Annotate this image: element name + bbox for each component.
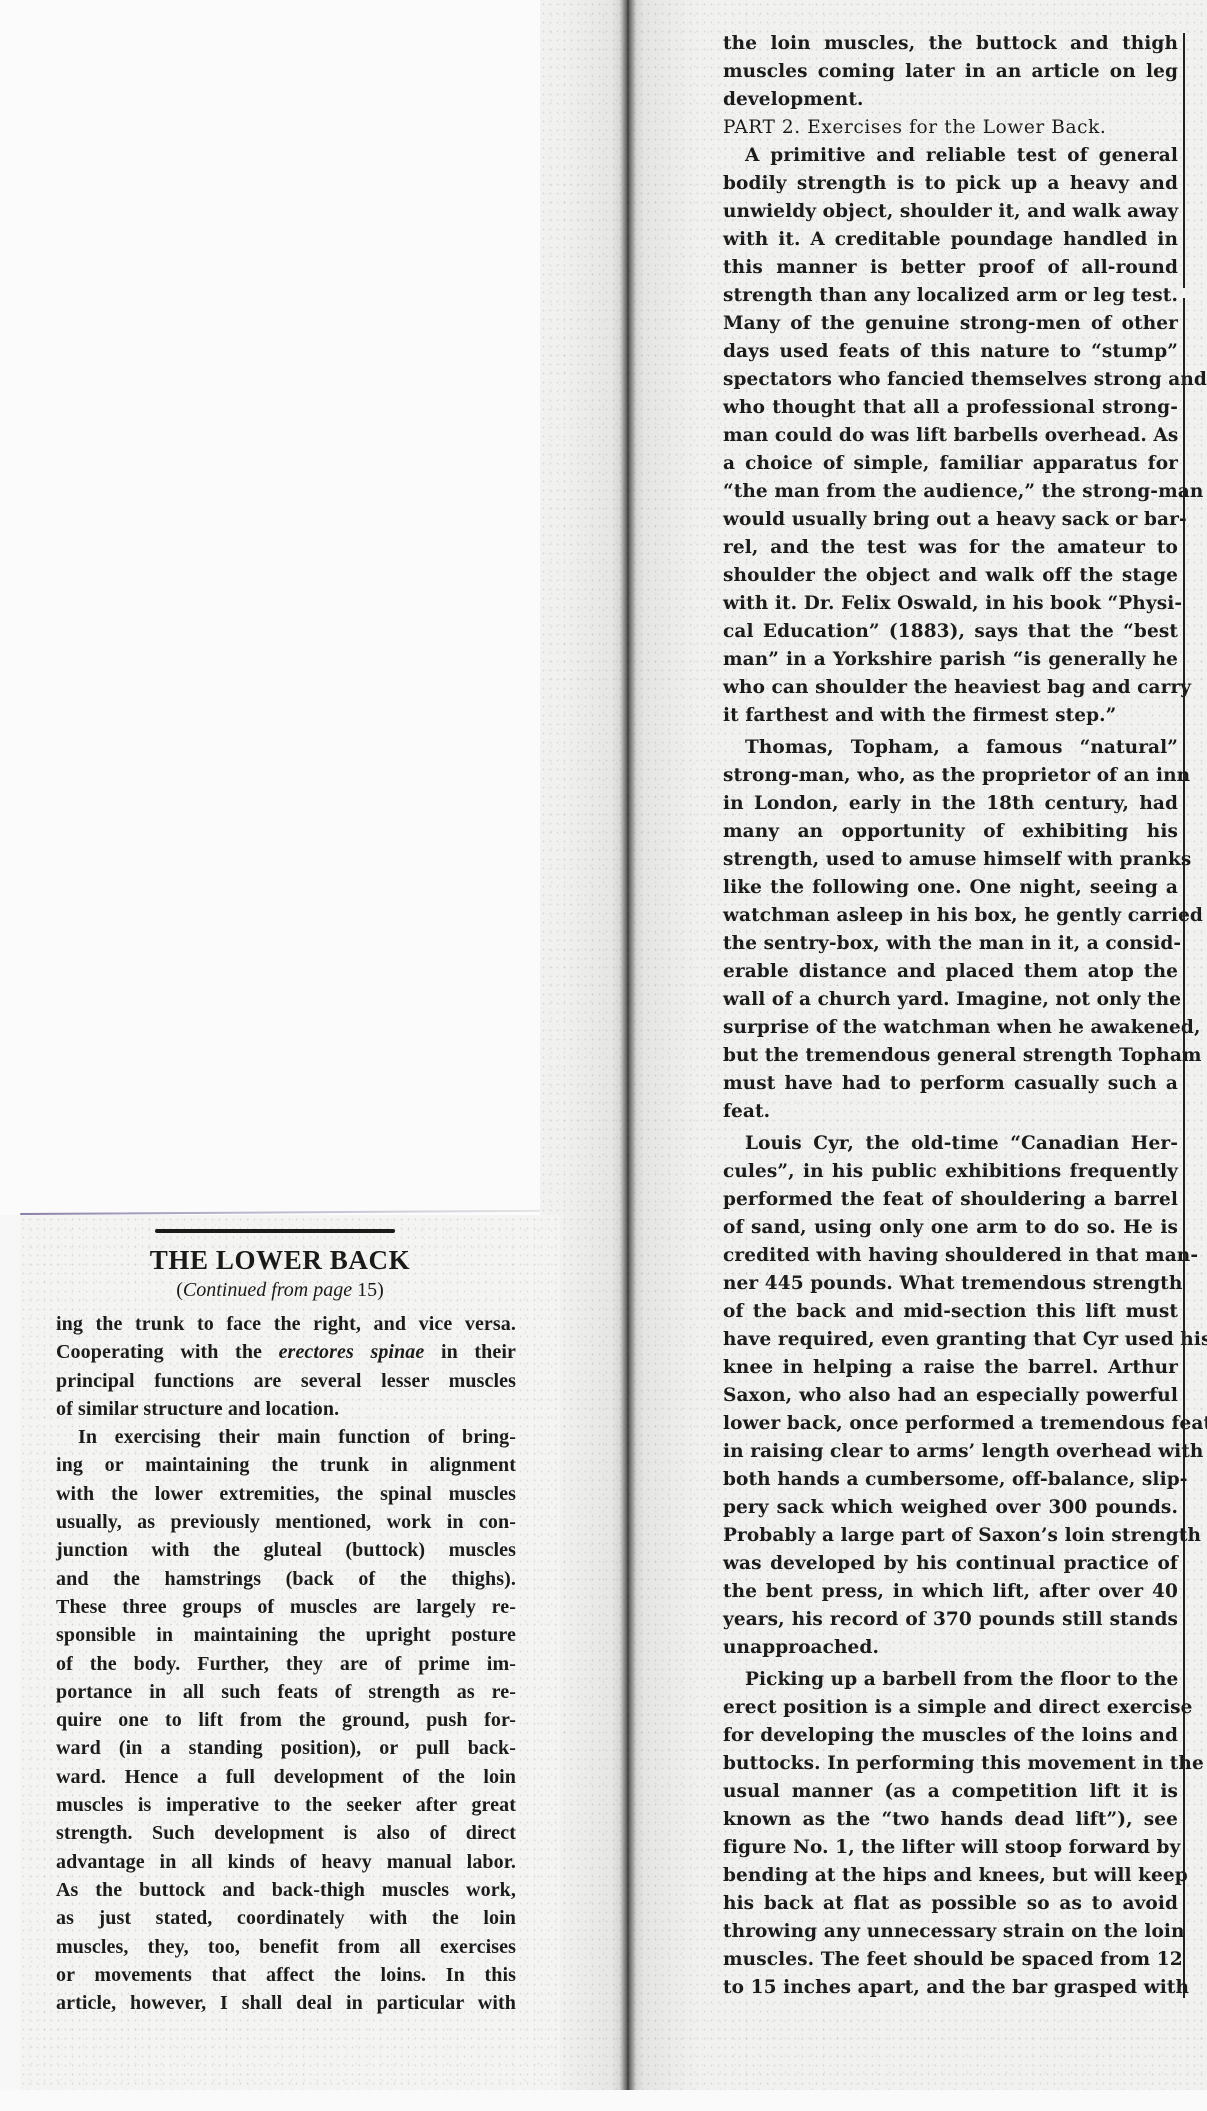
text-line: have required, even granting that Cyr us…	[723, 1326, 1178, 1354]
text-line: These three groups of muscles are largel…	[56, 1593, 516, 1621]
text-line: shoulder the object and walk off the sta…	[723, 562, 1178, 590]
text-line: in London, early in the 18th century, ha…	[723, 790, 1178, 818]
text-line: watchman asleep in his box, he gently ca…	[723, 902, 1178, 930]
text-line: a choice of simple, familiar apparatus f…	[723, 450, 1178, 478]
text-line: with it. Dr. Felix Oswald, in his book “…	[723, 590, 1178, 618]
text-line: Picking up a barbell from the floor to t…	[723, 1666, 1178, 1694]
text-line: Many of the genuine strong-men of other	[723, 310, 1178, 338]
text-line: his back at flat as possible so as to av…	[723, 1890, 1178, 1918]
text-line: this manner is better proof of all-round	[723, 254, 1178, 282]
text-line: of the back and mid-section this lift mu…	[723, 1298, 1178, 1326]
text-line: Thomas, Topham, a famous “natural”	[723, 734, 1178, 762]
section-heading: PART 2. Exercises for the Lower Back.	[723, 114, 1178, 142]
text-line: as just stated, coordinately with the lo…	[56, 1904, 516, 1932]
text-line: wall of a church yard. Imagine, not only…	[723, 986, 1178, 1014]
text-line: performed the feat of shouldering a barr…	[723, 1186, 1178, 1214]
text-line: but the tremendous general strength Toph…	[723, 1042, 1178, 1070]
article-continuation-note: (Continued from page 15)	[20, 1279, 540, 1302]
text-line: was developed by his continual practice …	[723, 1550, 1178, 1578]
column-rule	[1183, 298, 1185, 1998]
text-line: cal Education” (1883), says that the “be…	[723, 618, 1178, 646]
text-line: who thought that all a professional stro…	[723, 394, 1178, 422]
text-line: unapproached.	[723, 1634, 1178, 1662]
text-line: or movements that affect the loins. In t…	[56, 1961, 516, 1989]
text-line: must have had to perform casually such a	[723, 1070, 1178, 1098]
text-line: unwieldy object, shoulder it, and walk a…	[723, 198, 1178, 226]
text-line: A primitive and reliable test of general	[723, 142, 1178, 170]
text-line: and the hamstrings (back of the thighs).	[56, 1565, 516, 1593]
text-line: erect position is a simple and direct ex…	[723, 1694, 1178, 1722]
column-rule	[1183, 33, 1185, 288]
text-line: quire one to lift from the ground, push …	[56, 1706, 516, 1734]
text-line: advantage in all kinds of heavy manual l…	[56, 1848, 516, 1876]
text-line: usually, as previously mentioned, work i…	[56, 1508, 516, 1536]
text-line: junction with the gluteal (buttock) musc…	[56, 1536, 516, 1564]
scanner-background-strip	[0, 1215, 20, 2090]
text-line: with it. A creditable poundage handled i…	[723, 226, 1178, 254]
text-line: the sentry-box, with the man in it, a co…	[723, 930, 1178, 958]
text-line: both hands a cumbersome, off-balance, sl…	[723, 1466, 1178, 1494]
text-line: to 15 inches apart, and the bar grasped …	[723, 1974, 1178, 2002]
text-line: ner 445 pounds. What tremendous strength	[723, 1270, 1178, 1298]
text-line: the loin muscles, the buttock and thigh	[723, 30, 1178, 58]
text-line: portance in all such feats of strength a…	[56, 1678, 516, 1706]
text-line: of similar structure and location.	[56, 1395, 516, 1423]
text-line: knee in helping a raise the barrel. Arth…	[723, 1354, 1178, 1382]
text-line: it farthest and with the firmest step.”	[723, 702, 1178, 730]
text-line: cules”, in his public exhibitions freque…	[723, 1158, 1178, 1186]
text-line: years, his record of 370 pounds still st…	[723, 1606, 1178, 1634]
text-line: many an opportunity of exhibiting his	[723, 818, 1178, 846]
text-line: muscles, they, too, benefit from all exe…	[56, 1933, 516, 1961]
text-line: Probably a large part of Saxon’s loin st…	[723, 1522, 1178, 1550]
text-line: in raising clear to arms’ length overhea…	[723, 1438, 1178, 1466]
text-line: for developing the muscles of the loins …	[723, 1722, 1178, 1750]
heading-rule	[155, 1229, 395, 1233]
text-line: strength. Such development is also of di…	[56, 1819, 516, 1847]
article-title: THE LOWER BACK	[20, 1245, 540, 1276]
text-line: man” in a Yorkshire parish “is generally…	[723, 646, 1178, 674]
text-line: “the man from the audience,” the strong-…	[723, 478, 1178, 506]
text-line: lower back, once performed a tremendous …	[723, 1410, 1178, 1438]
text-line: the bent press, in which lift, after ove…	[723, 1578, 1178, 1606]
text-line: surprise of the watchman when he awakene…	[723, 1014, 1178, 1042]
text-line: known as the “two hands dead lift”), see	[723, 1806, 1178, 1834]
text-line: ing the trunk to face the right, and vic…	[56, 1310, 516, 1338]
text-line: strength, used to amuse himself with pra…	[723, 846, 1178, 874]
text-line: strong-man, who, as the proprietor of an…	[723, 762, 1178, 790]
text-line: Saxon, who also had an especially powerf…	[723, 1382, 1178, 1410]
text-line: with the lower extremities, the spinal m…	[56, 1480, 516, 1508]
text-line: sponsible in maintaining the upright pos…	[56, 1621, 516, 1649]
text-line: ward. Hence a full development of the lo…	[56, 1763, 516, 1791]
text-line: article, however, I shall deal in partic…	[56, 1989, 516, 2017]
text-line: Cooperating with the erectores spinae in…	[56, 1338, 516, 1366]
text-line: pery sack which weighed over 300 pounds.	[723, 1494, 1178, 1522]
text-line: man could do was lift barbells overhead.…	[723, 422, 1178, 450]
page-body-text: the loin muscles, the buttock and thighm…	[723, 30, 1178, 2002]
text-line: As the buttock and back-thigh muscles wo…	[56, 1876, 516, 1904]
text-line: principal functions are several lesser m…	[56, 1367, 516, 1395]
text-line: throwing any unnecessary strain on the l…	[723, 1918, 1178, 1946]
text-line: development.	[723, 86, 1178, 114]
text-line: would usually bring out a heavy sack or …	[723, 506, 1178, 534]
text-line: erable distance and placed them atop the	[723, 958, 1178, 986]
text-line: bending at the hips and knees, but will …	[723, 1862, 1178, 1890]
text-line: figure No. 1, the lifter will stoop forw…	[723, 1834, 1178, 1862]
text-line: buttocks. In performing this movement in…	[723, 1750, 1178, 1778]
text-line: ward (in a standing position), or pull b…	[56, 1734, 516, 1762]
text-line: of sand, using only one arm to do so. He…	[723, 1214, 1178, 1242]
text-line: bodily strength is to pick up a heavy an…	[723, 170, 1178, 198]
text-line: credited with having shouldered in that …	[723, 1242, 1178, 1270]
text-line: of the body. Further, they are of prime …	[56, 1650, 516, 1678]
text-line: In exercising their main function of bri…	[56, 1423, 516, 1451]
clipping-body-text: ing the trunk to face the right, and vic…	[56, 1310, 516, 2017]
text-line: muscles coming later in an article on le…	[723, 58, 1178, 86]
text-line: usual manner (as a competition lift it i…	[723, 1778, 1178, 1806]
text-line: muscles is imperative to the seeker afte…	[56, 1791, 516, 1819]
text-line: muscles. The feet should be spaced from …	[723, 1946, 1178, 1974]
text-line: ing or maintaining the trunk in alignmen…	[56, 1451, 516, 1479]
text-line: like the following one. One night, seein…	[723, 874, 1178, 902]
text-line: feat.	[723, 1098, 1178, 1126]
text-line: rel, and the test was for the amateur to	[723, 534, 1178, 562]
latin-term: erectores spinae	[279, 1341, 425, 1363]
text-line: days used feats of this nature to “stump…	[723, 338, 1178, 366]
text-line: strength than any localized arm or leg t…	[723, 282, 1178, 310]
text-line: who can shoulder the heaviest bag and ca…	[723, 674, 1178, 702]
page-fold-spine	[612, 0, 644, 2090]
scanner-background-bottom	[0, 2090, 1207, 2111]
text-line: Louis Cyr, the old-time “Canadian Her-	[723, 1130, 1178, 1158]
text-line: spectators who fancied themselves strong…	[723, 366, 1178, 394]
